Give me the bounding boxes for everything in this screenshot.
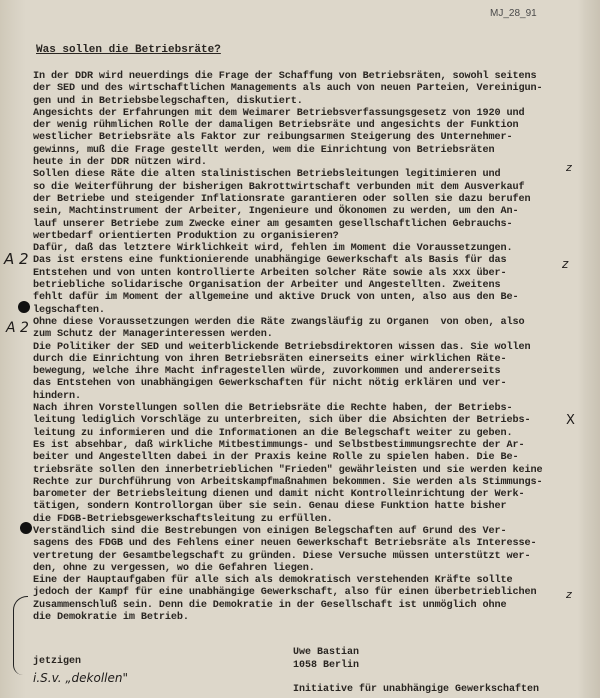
margin-mark-z: z: [566, 588, 572, 601]
text-line: gewinns, muß die Frage gestellt werden, …: [33, 145, 573, 157]
text-line: die Demokratie im Betrieb.: [33, 612, 573, 624]
punch-hole-dot: [18, 301, 30, 313]
text-line: Rechte zur Durchführung von Arbeitskampf…: [33, 477, 573, 489]
text-line: Angesichts der Erfahrungen mit dem Weima…: [33, 108, 573, 120]
text-line: legschaften.: [33, 305, 573, 317]
text-line: sagens des FDGB und des Fehlens einer ne…: [33, 538, 573, 550]
text-line: tätigen, sondern Kontrollorgan über sie …: [33, 501, 573, 513]
document-body: In der DDR wird neuerdings die Frage der…: [33, 71, 573, 624]
text-line: der Betriebe und steigender Inflationsra…: [33, 194, 573, 206]
margin-note-a2: A 2: [4, 250, 29, 268]
text-line: Verständlich sind die Bestrebungen von e…: [33, 526, 573, 538]
text-line: westlicher Betriebsräte als Faktor zur r…: [33, 132, 573, 144]
page-right-edge: [578, 0, 600, 698]
text-line: sein, Machtinstrument der Arbeiter, Inge…: [33, 206, 573, 218]
signature-name: Uwe Bastian: [293, 647, 359, 658]
signature-organization: Initiative für unabhängige Gewerkschafte…: [293, 684, 539, 695]
text-line: Nach ihren Vorstellungen sollen die Betr…: [33, 403, 573, 415]
text-line: fehlt dafür im Moment der allgemeine und…: [33, 292, 573, 304]
text-line: Die Politiker der SED und weiterblickend…: [33, 342, 573, 354]
margin-note-a2-second: A 2: [6, 320, 29, 336]
text-line: betriebliche solidarische Organisation d…: [33, 280, 573, 292]
text-line: Das ist erstens eine funktionierende una…: [33, 255, 573, 267]
text-line: heute in der DDR nützen wird.: [33, 157, 573, 169]
text-line: Ohne diese Voraussetzungen werden die Rä…: [33, 317, 573, 329]
text-line: der SED und des wirtschaftlichen Managem…: [33, 83, 573, 95]
text-line: barometer der Betriebsleitung dienen und…: [33, 489, 573, 501]
margin-mark-x: X: [566, 413, 575, 428]
text-line: triebsräte sollen den innerbetrieblichen…: [33, 465, 573, 477]
text-line: Eine der Hauptaufgaben für alle sich als…: [33, 575, 573, 587]
text-line: leitung lediglich Vorschläge zu unterbre…: [33, 415, 573, 427]
handwritten-bracket: [13, 596, 28, 675]
text-line: so die Weiterführung der bisherigen Bakr…: [33, 182, 573, 194]
insertion-note: jetzigen: [33, 656, 81, 667]
text-line: vertretung der Gesamtbelegschaft zu grün…: [33, 551, 573, 563]
text-line: Es ist absehbar, daß wirkliche Mitbestim…: [33, 440, 573, 452]
text-line: Zusammenschluß sein. Denn die Demokratie…: [33, 600, 573, 612]
text-line: wertbedarf orientierten Produktion zu or…: [33, 231, 573, 243]
text-line: den, ohne zu vergessen, wo die Gefahren …: [33, 563, 573, 575]
archive-reference: MJ_28_91: [490, 8, 537, 19]
margin-mark-z: z: [566, 161, 572, 174]
text-line: zum Schutz der Managerinteressen werden.: [33, 329, 573, 341]
text-line: In der DDR wird neuerdings die Frage der…: [33, 71, 573, 83]
handwritten-note: i.S.v. „dekollen": [33, 671, 128, 685]
punch-hole-dot: [20, 522, 32, 534]
text-line: gen und in Betriebsbelegschaften, diskut…: [33, 96, 573, 108]
document-page: MJ_28_91 Was sollen die Betriebsräte? In…: [0, 0, 600, 698]
document-title: Was sollen die Betriebsräte?: [36, 44, 221, 56]
text-line: Dafür, daß das letztere Wirklichkeit wir…: [33, 243, 573, 255]
text-line: das Entstehen von unabhängigen Gewerksch…: [33, 378, 573, 390]
page-left-edge: [0, 0, 26, 698]
text-line: lauf unserer Betriebe zum Zwecke einer a…: [33, 219, 573, 231]
text-line: die FDGB-Betriebsgewerkschaftsleitung zu…: [33, 514, 573, 526]
text-line: hindern.: [33, 391, 573, 403]
text-line: Entstehen und von unten kontrollierte Ar…: [33, 268, 573, 280]
text-line: jedoch der Kampf für eine unabhängige Ge…: [33, 587, 573, 599]
text-line: bewegung, welche ihre Macht infragestell…: [33, 366, 573, 378]
text-line: beiter und Angestellten dabei in der Pra…: [33, 452, 573, 464]
margin-mark-z: z: [562, 257, 568, 271]
text-line: Sollen diese Räte die alten stalinistisc…: [33, 169, 573, 181]
text-line: durch die Einrichtung von ihren Betriebs…: [33, 354, 573, 366]
signature-city: 1058 Berlin: [293, 660, 359, 671]
text-line: der wenig rühmlichen Rolle der damaligen…: [33, 120, 573, 132]
text-line: leitung zu informieren und die Informati…: [33, 428, 573, 440]
